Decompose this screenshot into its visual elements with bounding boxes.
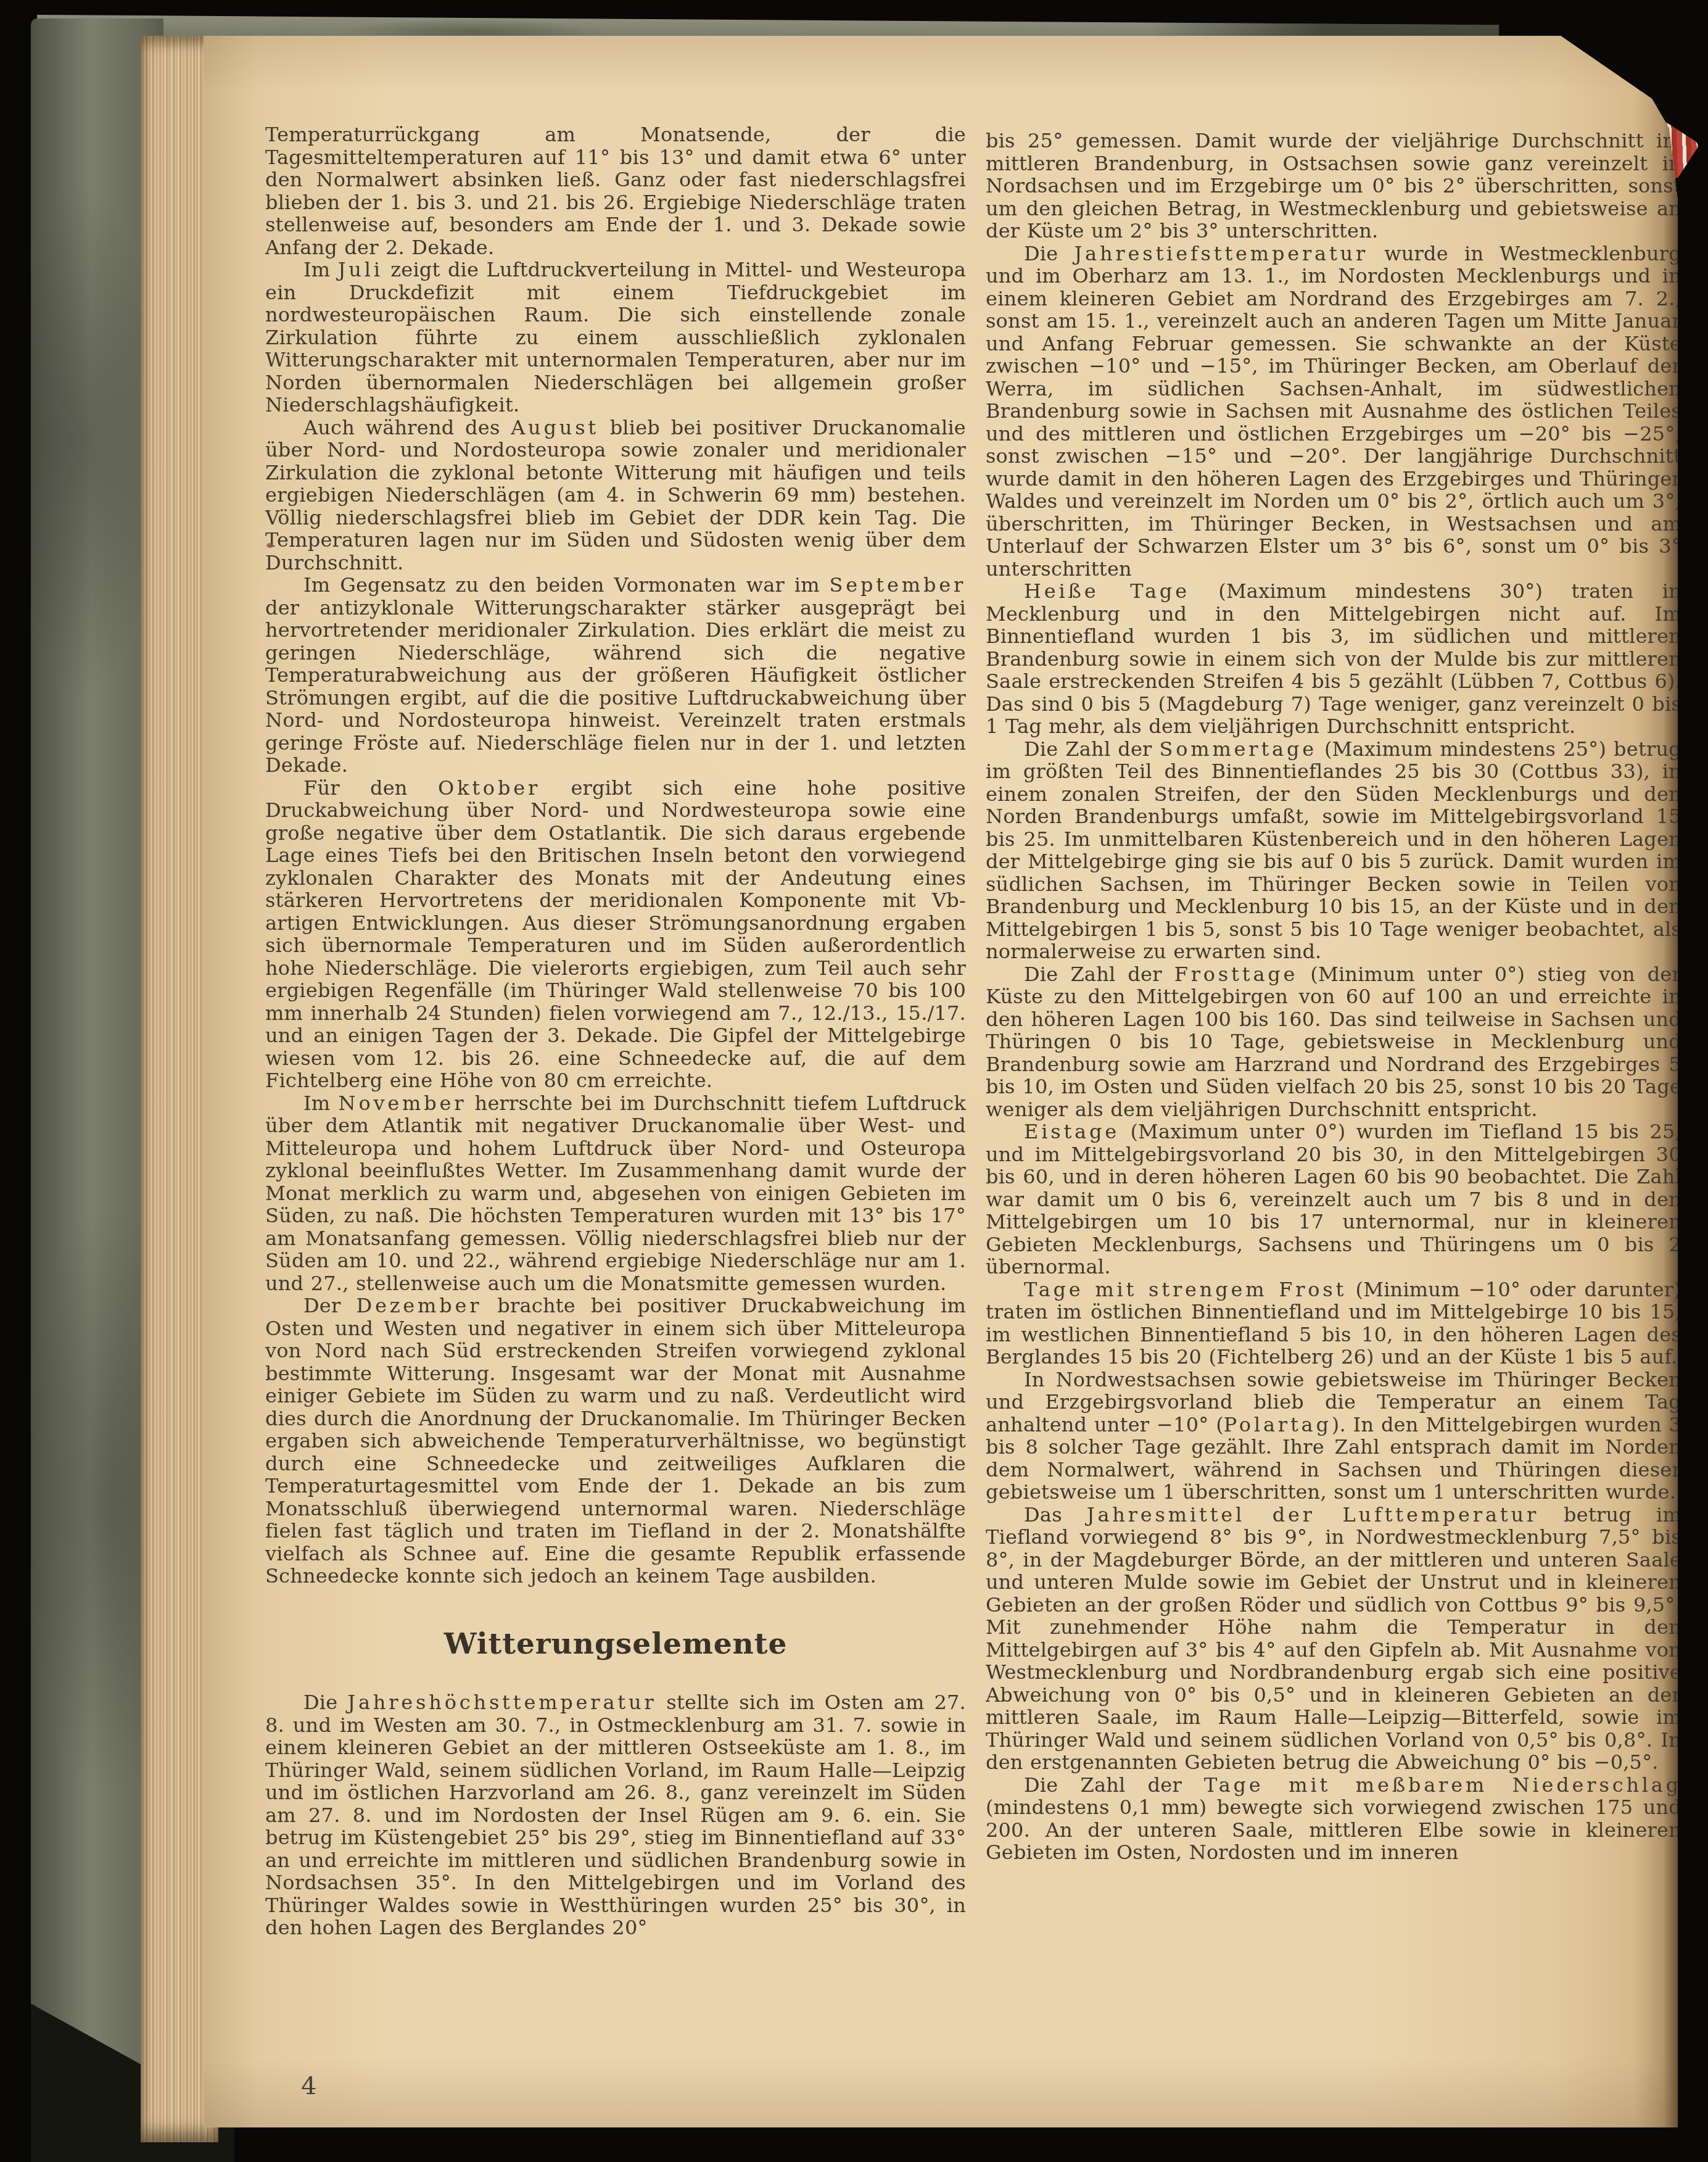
text-paragraph: Die Zahl der Tage mit meßbarem Niedersch…: [986, 1774, 1681, 1864]
text-paragraph: Die Zahl der Sommertage (Maximum mindest…: [986, 738, 1681, 963]
text-paragraph: Das Jahresmittel der Lufttemperatur betr…: [986, 1504, 1681, 1774]
text-paragraph: Der Dezember brachte bei positiver Druck…: [265, 1294, 966, 1588]
text-paragraph: Im Gegensatz zu den beiden Vormonaten wa…: [265, 574, 966, 777]
text-paragraph: Im November herrschte bei im Durchschnit…: [265, 1092, 966, 1295]
right-column: bis 25° gemessen. Damit wurde der vieljä…: [986, 130, 1681, 1864]
text-paragraph: Auch während des August blieb bei positi…: [265, 416, 966, 574]
page-number: 4: [301, 2072, 316, 2100]
text-paragraph: Die Jahrestiefsttemperatur wurde in West…: [986, 242, 1681, 581]
section-heading: Witterungselemente: [265, 1633, 966, 1656]
left-column-upper: Temperaturrückgang am Monatsende, der di…: [265, 123, 966, 1588]
book-scan: Temperaturrückgang am Monatsende, der di…: [0, 0, 1708, 2162]
text-paragraph: In Nordwestsachsen sowie gebietsweise im…: [986, 1369, 1681, 1504]
text-paragraph: Temperaturrückgang am Monatsende, der di…: [265, 123, 966, 259]
left-column: Temperaturrückgang am Monatsende, der di…: [265, 123, 966, 1939]
text-paragraph: Die Zahl der Frosttage (Minimum unter 0°…: [986, 963, 1681, 1121]
paper-blemish: [266, 543, 273, 548]
text-paragraph: Heiße Tage (Maximum mindestens 30°) trat…: [986, 580, 1681, 738]
text-paragraph: Die Jahreshöchsttemperatur stellte sich …: [265, 1691, 966, 1939]
text-paragraph: bis 25° gemessen. Damit wurde der vieljä…: [986, 130, 1681, 242]
left-column-lower: Die Jahreshöchsttemperatur stellte sich …: [265, 1691, 966, 1939]
book-page: Temperaturrückgang am Monatsende, der di…: [204, 36, 1678, 2127]
text-paragraph: Tage mit strengem Frost (Minimum −10° od…: [986, 1278, 1681, 1369]
text-paragraph: Eistage (Maximum unter 0°) wurden im Tie…: [986, 1120, 1681, 1278]
text-paragraph: Für den Oktober ergibt sich eine hohe po…: [265, 777, 966, 1092]
text-paragraph: Im Juli zeigt die Luftdruckverteilung in…: [265, 259, 966, 416]
